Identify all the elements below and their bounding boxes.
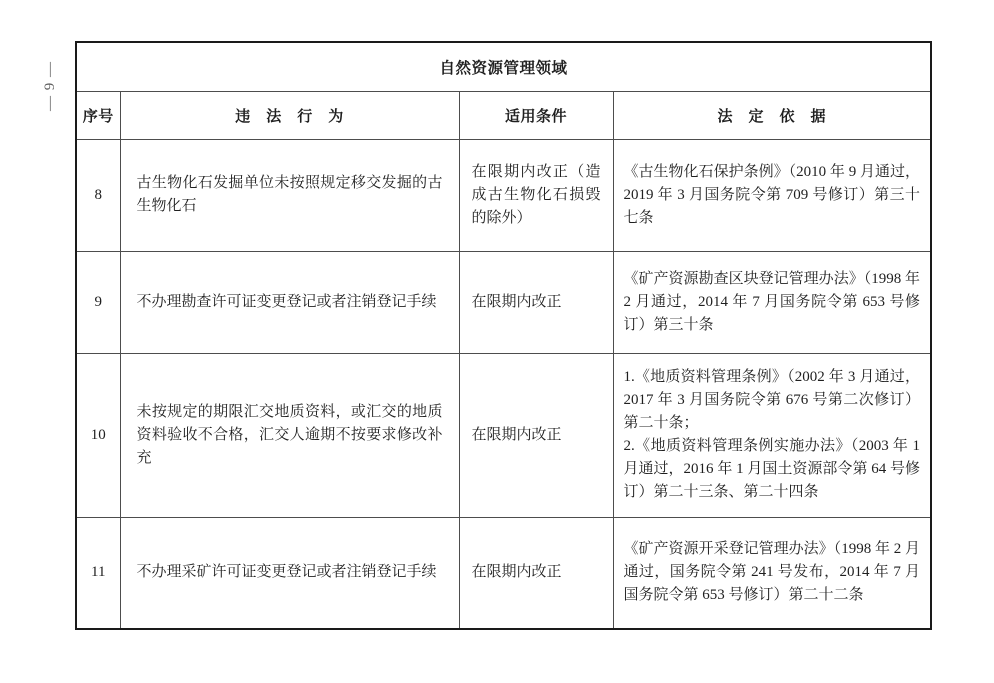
cell-basis: 1.《地质资料管理条例》（2002 年 3 月通过，2017 年 3 月国务院令…	[613, 353, 931, 517]
cell-basis: 《古生物化石保护条例》（2010 年 9 月通过，2019 年 3 月国务院令第…	[613, 139, 931, 251]
cell-index: 10	[76, 353, 120, 517]
cell-violation: 不办理勘查许可证变更登记或者注销登记手续	[120, 251, 459, 353]
cell-condition: 在限期内改正	[459, 353, 613, 517]
cell-basis: 《矿产资源开采登记管理办法》（1998 年 2 月通过，国务院令第 241 号发…	[613, 517, 931, 629]
table-title: 自然资源管理领域	[76, 42, 931, 91]
col-header-index: 序号	[76, 91, 120, 139]
side-page-number: — 9 —	[38, 52, 62, 120]
table-header-row: 序号 违 法 行 为 适用条件 法 定 依 据	[76, 91, 931, 139]
table-row: 9 不办理勘查许可证变更登记或者注销登记手续 在限期内改正 《矿产资源勘查区块登…	[76, 251, 931, 353]
cell-basis: 《矿产资源勘查区块登记管理办法》（1998 年 2 月通过，2014 年 7 月…	[613, 251, 931, 353]
cell-condition: 在限期内改正（造成古生物化石损毁的除外）	[459, 139, 613, 251]
violations-table: 自然资源管理领域 序号 违 法 行 为 适用条件 法 定 依 据 8 古生物化石…	[75, 41, 932, 630]
cell-violation: 不办理采矿许可证变更登记或者注销登记手续	[120, 517, 459, 629]
table-title-row: 自然资源管理领域	[76, 42, 931, 91]
cell-condition: 在限期内改正	[459, 251, 613, 353]
col-header-basis: 法 定 依 据	[613, 91, 931, 139]
document-page: — 9 — 自然资源管理领域 序号 违 法 行 为 适用条件 法 定 依 据 8…	[0, 0, 994, 683]
col-header-condition: 适用条件	[459, 91, 613, 139]
table-row: 8 古生物化石发掘单位未按照规定移交发掘的古生物化石 在限期内改正（造成古生物化…	[76, 139, 931, 251]
cell-violation: 古生物化石发掘单位未按照规定移交发掘的古生物化石	[120, 139, 459, 251]
table-row: 11 不办理采矿许可证变更登记或者注销登记手续 在限期内改正 《矿产资源开采登记…	[76, 517, 931, 629]
cell-index: 8	[76, 139, 120, 251]
cell-index: 11	[76, 517, 120, 629]
cell-condition: 在限期内改正	[459, 517, 613, 629]
cell-violation: 未按规定的期限汇交地质资料，或汇交的地质资料验收不合格，汇交人逾期不按要求修改补…	[120, 353, 459, 517]
cell-index: 9	[76, 251, 120, 353]
col-header-violation: 违 法 行 为	[120, 91, 459, 139]
table-row: 10 未按规定的期限汇交地质资料，或汇交的地质资料验收不合格，汇交人逾期不按要求…	[76, 353, 931, 517]
